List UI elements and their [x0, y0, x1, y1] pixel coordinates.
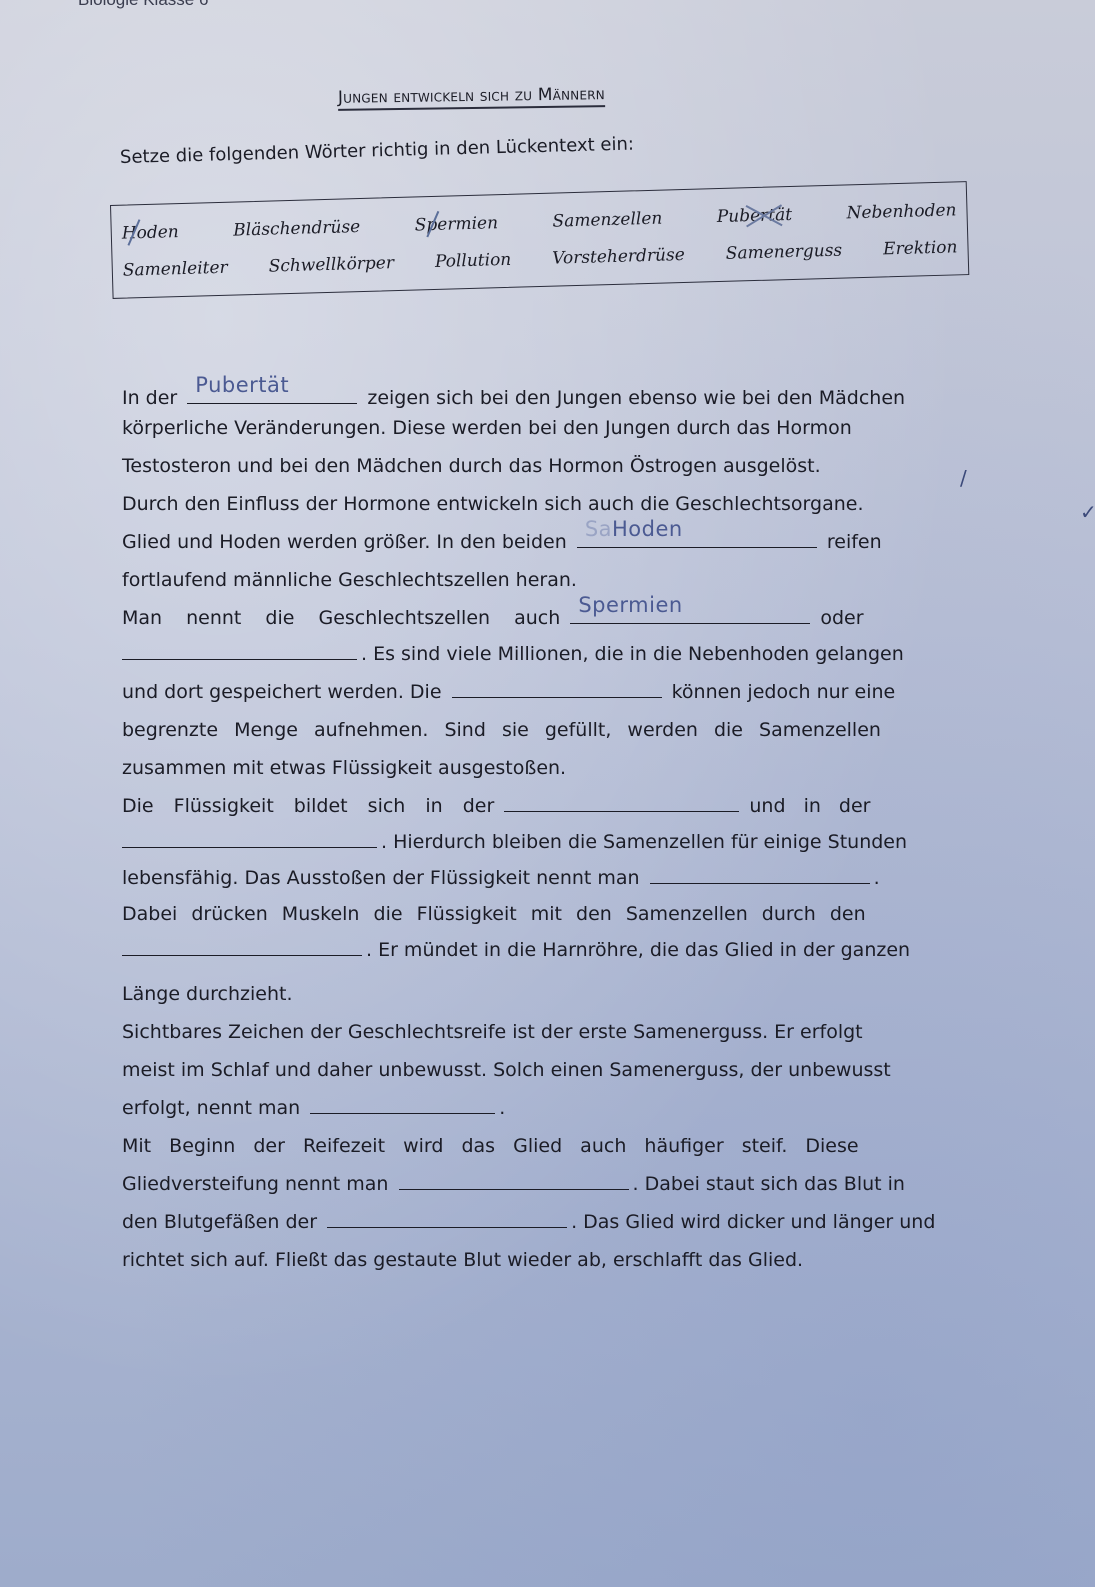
cloze-line: Man nennt die Geschlechtszellen auch Spe… [122, 600, 1037, 636]
worksheet-paper: Biologie Klasse 6 Jungen entwickeln sich… [0, 0, 1095, 1587]
answer-blank-6[interactable] [504, 789, 739, 812]
text: Testosteron und bei den Mädchen durch da… [122, 455, 821, 477]
word-bank-item: Erektion [883, 237, 958, 259]
text: Dabei drücken Muskeln die Flüssigkeit mi… [122, 903, 866, 925]
instruction-text: Setze die folgenden Wörter richtig in de… [120, 134, 634, 168]
text: . Hierdurch bleiben die Samenzellen für … [381, 831, 907, 853]
cloze-line: den Blutgefäßen der . Das Glied wird dic… [122, 1204, 1037, 1240]
text: erfolgt, nennt man [122, 1097, 300, 1119]
text: und in der [749, 795, 870, 817]
cloze-line: . Hierdurch bleiben die Samenzellen für … [122, 824, 1037, 860]
cloze-line: Die Flüssigkeit bildet sich in der und i… [122, 788, 1037, 824]
text: . Er mündet in die Harnröhre, die das Gl… [366, 939, 910, 961]
text: . Dabei staut sich das Blut in [633, 1173, 905, 1195]
word-bank-row-2: Samenleiter Schwellkörper Pollution Vors… [123, 237, 958, 280]
text: reifen [827, 531, 882, 553]
text: Länge durchzieht. [122, 983, 293, 1005]
cloze-text: In der Pubertät zeigen sich bei den Jung… [122, 358, 1037, 1222]
answer-blank-1[interactable]: Pubertät [187, 381, 357, 404]
erased-writing: Sa [585, 517, 612, 541]
cloze-line: lebensfähig. Das Ausstoßen der Flüssigke… [122, 860, 1037, 896]
text: den Blutgefäßen der [122, 1211, 317, 1233]
cloze-line: zusammen mit etwas Flüssigkeit ausgestoß… [122, 750, 1037, 786]
cloze-line: körperliche Veränderungen. Diese werden … [122, 410, 1037, 446]
cloze-line: Gliedversteifung nennt man . Dabei staut… [122, 1166, 1037, 1202]
text: und dort gespeichert werden. Die [122, 681, 442, 703]
text: fortlaufend männliche Geschlechtszellen … [122, 569, 577, 591]
handwritten-answer: Spermien [578, 587, 682, 623]
text: begrenzte Menge aufnehmen. Sind sie gefü… [122, 719, 881, 741]
cloze-line: Testosteron und bei den Mädchen durch da… [122, 448, 1037, 484]
cloze-line: . Er mündet in die Harnröhre, die das Gl… [122, 932, 1037, 968]
cloze-line: Mit Beginn der Reifezeit wird das Glied … [122, 1128, 1037, 1164]
word-bank-item: Pubertät [717, 205, 793, 227]
text: Glied und Hoden werden größer. In den be… [122, 531, 567, 553]
text: . Es sind viele Millionen, die in die Ne… [361, 643, 904, 665]
word-bank: Hoden Bläschendrüse Spermien Samenzellen… [110, 181, 969, 299]
class-label: Biologie Klasse 6 [78, 0, 208, 10]
answer-blank-8[interactable] [650, 861, 870, 884]
cloze-line: Sichtbares Zeichen der Geschlechtsreife … [122, 1014, 1037, 1050]
cloze-line: Durch den Einfluss der Hormone entwickel… [122, 486, 1037, 522]
cloze-line: richtet sich auf. Fließt das gestaute Bl… [122, 1242, 1037, 1278]
answer-blank-5[interactable] [452, 675, 662, 698]
word-bank-row-1: Hoden Bläschendrüse Spermien Samenzellen… [122, 200, 957, 243]
word-bank-item: Bläschendrüse [233, 217, 361, 241]
word-bank-item: Spermien [414, 213, 498, 235]
handwritten-answer: SaHoden [585, 511, 683, 547]
answer-blank-10[interactable] [310, 1091, 495, 1114]
text: In der [122, 387, 177, 409]
pencil-stroke-mark: / [960, 466, 967, 490]
text: . Das Glied wird dicker und länger und [571, 1211, 935, 1233]
word-bank-item: Samenleiter [123, 258, 228, 281]
text: zusammen mit etwas Flüssigkeit ausgestoß… [122, 757, 566, 779]
text: . [874, 867, 880, 889]
word-bank-item: Samenerguss [726, 241, 843, 264]
text: Durch den Einfluss der Hormone entwickel… [122, 493, 863, 515]
text: oder [820, 607, 863, 629]
text: meist im Schlaf und daher unbewusst. Sol… [122, 1059, 891, 1081]
cloze-line: und dort gespeichert werden. Die können … [122, 674, 1037, 710]
text: . [499, 1097, 505, 1119]
cloze-line: begrenzte Menge aufnehmen. Sind sie gefü… [122, 712, 1037, 748]
text: Sichtbares Zeichen der Geschlechtsreife … [122, 1021, 863, 1043]
answer-blank-3[interactable]: Spermien [570, 601, 810, 624]
text: Die Flüssigkeit bildet sich in der [122, 795, 494, 817]
cloze-line: Glied und Hoden werden größer. In den be… [122, 524, 1037, 560]
answer-blank-4[interactable] [122, 637, 357, 660]
answer-blank-9[interactable] [122, 933, 362, 956]
text: können jedoch nur eine [672, 681, 896, 703]
text: lebensfähig. Das Ausstoßen der Flüssigke… [122, 867, 640, 889]
answer-blank-7[interactable] [122, 825, 377, 848]
cloze-line: Dabei drücken Muskeln die Flüssigkeit mi… [122, 896, 1037, 932]
cloze-line: erfolgt, nennt man . [122, 1090, 1037, 1126]
text: richtet sich auf. Fließt das gestaute Bl… [122, 1249, 803, 1271]
handwritten-answer: Pubertät [195, 367, 289, 403]
text: Mit Beginn der Reifezeit wird das Glied … [122, 1135, 859, 1157]
answer-blank-2[interactable]: SaHoden [577, 525, 817, 548]
word-bank-item: Hoden [122, 222, 179, 244]
cloze-line: Länge durchzieht. [122, 976, 1037, 1012]
text: körperliche Veränderungen. Diese werden … [122, 417, 852, 439]
word-bank-item: Samenzellen [552, 209, 662, 232]
text: Gliedversteifung nennt man [122, 1173, 388, 1195]
text: zeigen sich bei den Jungen ebenso wie be… [367, 387, 905, 409]
word-bank-item: Vorsteherdrüse [552, 245, 685, 269]
word-bank-item: Pollution [435, 250, 512, 272]
cloze-line: meist im Schlaf und daher unbewusst. Sol… [122, 1052, 1037, 1088]
word-bank-item: Schwellkörper [268, 253, 394, 276]
cloze-line: . Es sind viele Millionen, die in die Ne… [122, 636, 1037, 672]
answer-blank-12[interactable] [327, 1205, 567, 1228]
check-mark-icon: ✓ [1080, 500, 1095, 524]
text: Man nennt die Geschlechtszellen auch [122, 607, 560, 629]
word-bank-item: Nebenhoden [846, 200, 956, 223]
answer-text: Hoden [612, 517, 683, 541]
answer-blank-11[interactable] [399, 1167, 629, 1190]
worksheet-title: Jungen entwickeln sich zu Männern [338, 84, 605, 111]
